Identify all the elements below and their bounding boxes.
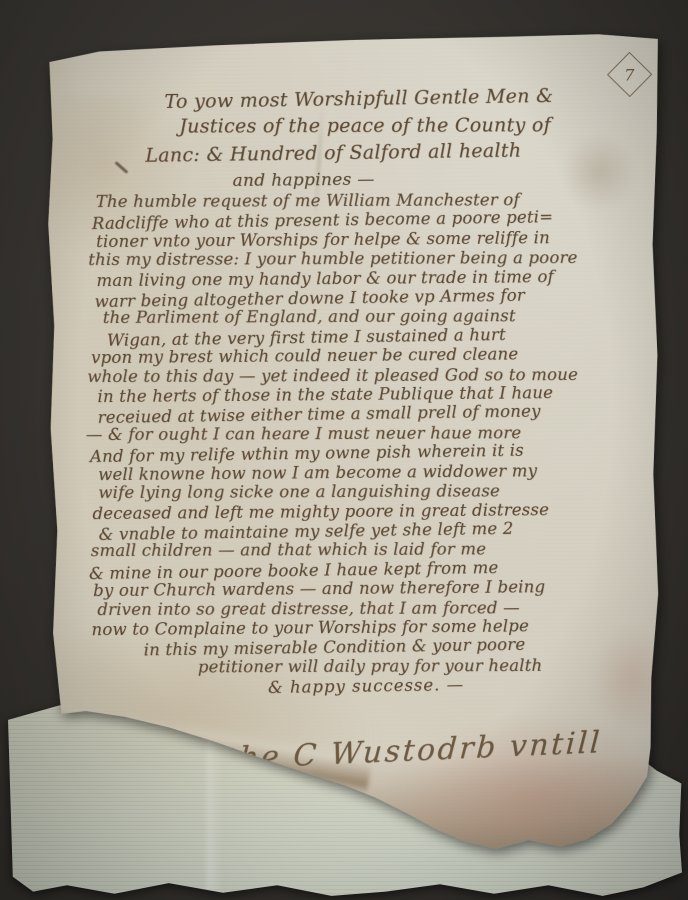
manuscript-page-shadow: 7 To yow most Worshipfull Gentle Men & J… [22,31,669,889]
body-line: this my distresse: I your humble petitio… [88,248,656,270]
petition-heading: To yow most Worshipfull Gentle Men & Jus… [23,83,664,197]
body-line: driven into so great distresse, that I a… [97,597,659,619]
petition-body: The humble request of me William Manches… [96,188,660,697]
stain-bottom-edge [310,755,656,860]
body-line: whole to this day — yet indeed it please… [87,364,657,386]
body-line: wife lying long sicke one a languishing … [98,481,658,503]
document-photo: 7 To yow most Worshipfull Gentle Men & J… [0,0,688,900]
signature-scrawl: the C Wustodrb vntill [224,725,603,777]
manuscript-page: 7 To yow most Worshipfull Gentle Men & J… [22,31,669,889]
